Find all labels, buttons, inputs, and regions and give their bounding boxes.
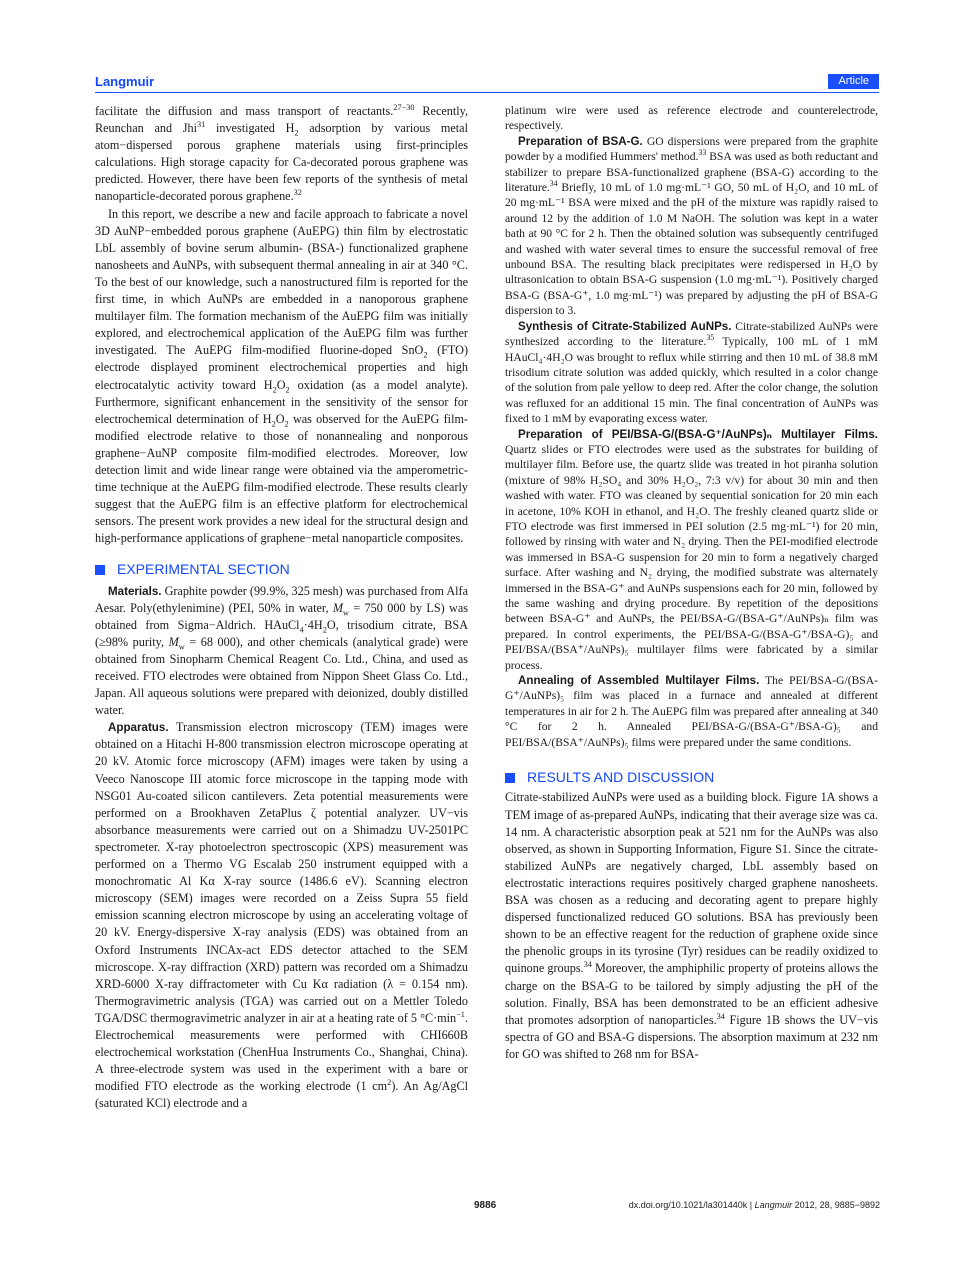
paragraph-report: In this report, we describe a new and fa… bbox=[95, 206, 468, 548]
page-number: 9886 bbox=[474, 1200, 496, 1211]
right-column: platinum wire were used as reference ele… bbox=[505, 103, 878, 1063]
text: facilitate the diffusion and mass transp… bbox=[95, 104, 393, 118]
text: O bbox=[277, 378, 286, 392]
text: In this report, we describe a new and fa… bbox=[95, 207, 468, 358]
citation-ref[interactable]: 32 bbox=[294, 188, 302, 197]
citation-details: 2012, 28, 9885−9892 bbox=[792, 1200, 880, 1210]
runin-heading-apparatus: Apparatus. bbox=[108, 721, 169, 734]
journal-name-footer: Langmuir bbox=[755, 1200, 793, 1210]
runin-heading-annealing: Annealing of Assembled Multilayer Films. bbox=[518, 674, 759, 687]
section-square-icon bbox=[95, 565, 105, 575]
runin-heading-materials: Materials. bbox=[108, 585, 162, 598]
runin-heading-bsa-g: Preparation of BSA-G. bbox=[518, 135, 643, 148]
text: Typically, 100 mL of 1 mM HAuCl₄·4H₂O wa… bbox=[505, 335, 878, 425]
text: ·4H bbox=[304, 618, 323, 632]
doi-citation[interactable]: dx.doi.org/10.1021/la301440k | Langmuir … bbox=[629, 1200, 880, 1210]
section-heading-results: RESULTS AND DISCUSSION bbox=[505, 770, 878, 785]
runin-heading-aunp: Synthesis of Citrate-Stabilized AuNPs. bbox=[518, 320, 731, 333]
text: Transmission electron microscopy (TEM) i… bbox=[95, 720, 468, 1025]
text: Citrate-stabilized AuNPs were used as a … bbox=[505, 790, 878, 975]
paragraph-apparatus-continued: platinum wire were used as reference ele… bbox=[505, 103, 878, 134]
paragraph-bsa-g: Preparation of BSA-G. GO dispersions wer… bbox=[505, 134, 878, 319]
section-heading-experimental: EXPERIMENTAL SECTION bbox=[95, 561, 468, 578]
paragraph-apparatus: Apparatus. Transmission electron microsc… bbox=[95, 719, 468, 1112]
paragraph-results: Citrate-stabilized AuNPs were used as a … bbox=[505, 789, 878, 1063]
paragraph-intro-continued: facilitate the diffusion and mass transp… bbox=[95, 103, 468, 206]
text: Quartz slides or FTO electrodes were use… bbox=[505, 443, 878, 672]
citation-ref[interactable]: 27−30 bbox=[393, 103, 414, 112]
citation-ref[interactable]: 34 bbox=[550, 179, 558, 188]
runin-heading-multilayer: Preparation of PEI/BSA-G/(BSA-G⁺/AuNPs)ₙ… bbox=[518, 428, 878, 441]
text: investigated H bbox=[205, 121, 294, 135]
section-square-icon bbox=[505, 773, 515, 783]
text: Briefly, 10 mL of 1.0 mg·mL⁻¹ GO, 50 mL … bbox=[505, 181, 878, 317]
text: was observed for the AuEPG film-modified… bbox=[95, 412, 468, 546]
text: O bbox=[276, 412, 285, 426]
journal-name[interactable]: Langmuir bbox=[95, 74, 154, 89]
symbol: M bbox=[169, 635, 179, 649]
symbol: M bbox=[333, 601, 343, 615]
doi-link[interactable]: dx.doi.org/10.1021/la301440k | bbox=[629, 1200, 755, 1210]
paragraph-annealing: Annealing of Assembled Multilayer Films.… bbox=[505, 673, 878, 750]
citation-ref[interactable]: 34 bbox=[584, 960, 592, 969]
paragraph-aunp-synthesis: Synthesis of Citrate-Stabilized AuNPs. C… bbox=[505, 319, 878, 427]
paragraph-multilayer: Preparation of PEI/BSA-G/(BSA-G⁺/AuNPs)ₙ… bbox=[505, 427, 878, 674]
left-column: facilitate the diffusion and mass transp… bbox=[95, 103, 468, 1112]
article-type-badge: Article bbox=[828, 74, 879, 89]
citation-ref[interactable]: 34 bbox=[717, 1012, 725, 1021]
paragraph-materials: Materials. Graphite powder (99.9%, 325 m… bbox=[95, 583, 468, 720]
section-title: EXPERIMENTAL SECTION bbox=[117, 561, 290, 578]
superscript: −1 bbox=[456, 1010, 465, 1019]
running-header: Langmuir Article bbox=[95, 74, 879, 93]
section-title: RESULTS AND DISCUSSION bbox=[527, 770, 714, 785]
